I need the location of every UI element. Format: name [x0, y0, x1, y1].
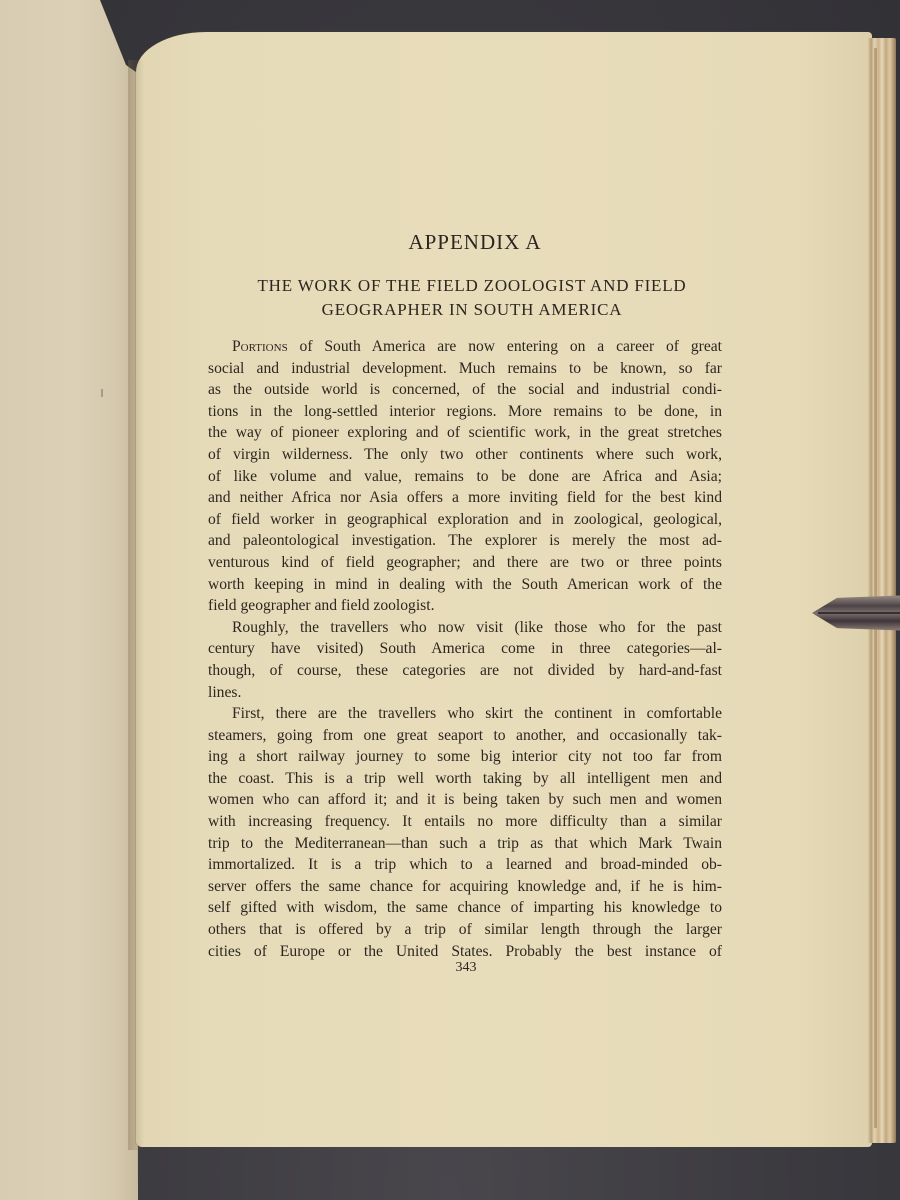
- page-number: 343: [436, 960, 496, 976]
- text-line: steamers, going from one great seaport t…: [208, 725, 722, 747]
- text-line: women who can afford it; and it is being…: [208, 789, 722, 811]
- chapter-title-line: THE WORK OF THE FIELD ZOOLOGIST AND FIEL…: [222, 274, 722, 298]
- text-line: social and industrial development. Much …: [208, 358, 722, 380]
- text-line: immortalized. It is a trip which to a le…: [208, 854, 722, 876]
- text-line: First, there are the travellers who skir…: [208, 703, 722, 725]
- chapter-title: THE WORK OF THE FIELD ZOOLOGIST AND FIEL…: [222, 274, 722, 322]
- paragraph: First, there are the travellers who skir…: [208, 703, 722, 962]
- appendix-title: APPENDIX A: [228, 226, 722, 258]
- text-line: century have visited) South America come…: [208, 638, 722, 660]
- paragraph: Portions of South America are now enteri…: [208, 336, 722, 617]
- text-line: of virgin wilderness. The only two other…: [208, 444, 722, 466]
- text-line: and paleontological investigation. The e…: [208, 530, 722, 552]
- text-line: the coast. This is a trip well worth tak…: [208, 768, 722, 790]
- text-line: lines.: [208, 682, 722, 704]
- text-line: Roughly, the travellers who now visit (l…: [208, 617, 722, 639]
- text-line: self gifted with wisdom, the same chance…: [208, 897, 722, 919]
- lead-word: Portions: [232, 338, 288, 355]
- text-line: Portions of South America are now enteri…: [208, 336, 722, 358]
- page-content: APPENDIX A THE WORK OF THE FIELD ZOOLOGI…: [208, 226, 722, 962]
- gutter-shadow: [128, 60, 144, 1150]
- text-line: of like volume and value, remains to be …: [208, 466, 722, 488]
- page-edges: [868, 38, 896, 1143]
- paper-mark: [101, 389, 103, 397]
- text-line: cities of Europe or the United States. P…: [208, 941, 722, 963]
- text-line: others that is offered by a trip of simi…: [208, 919, 722, 941]
- text-line: trip to the Mediterranean—than such a tr…: [208, 833, 722, 855]
- text-line: as the outside world is concerned, of th…: [208, 379, 722, 401]
- text-line: of field worker in geographical explorat…: [208, 509, 722, 531]
- page-clip-groove: [818, 612, 900, 614]
- text-line: and neither Africa nor Asia offers a mor…: [208, 487, 722, 509]
- text-line: the way of pioneer exploring and of scie…: [208, 422, 722, 444]
- body-text: Portions of South America are now enteri…: [208, 336, 722, 962]
- text-line: worth keeping in mind in dealing with th…: [208, 574, 722, 596]
- left-facing-page: [0, 0, 138, 1200]
- text-line: ing a short railway journey to some big …: [208, 746, 722, 768]
- text-line: though, of course, these categories are …: [208, 660, 722, 682]
- chapter-title-line: GEOGRAPHER IN SOUTH AMERICA: [222, 298, 722, 322]
- text-line: server offers the same chance for acquir…: [208, 876, 722, 898]
- text-line: with increasing frequency. It entails no…: [208, 811, 722, 833]
- text-line: field geographer and field zoologist.: [208, 595, 722, 617]
- text-line: venturous kind of field geographer; and …: [208, 552, 722, 574]
- text-line: tions in the long-settled interior regio…: [208, 401, 722, 423]
- paragraph: Roughly, the travellers who now visit (l…: [208, 617, 722, 703]
